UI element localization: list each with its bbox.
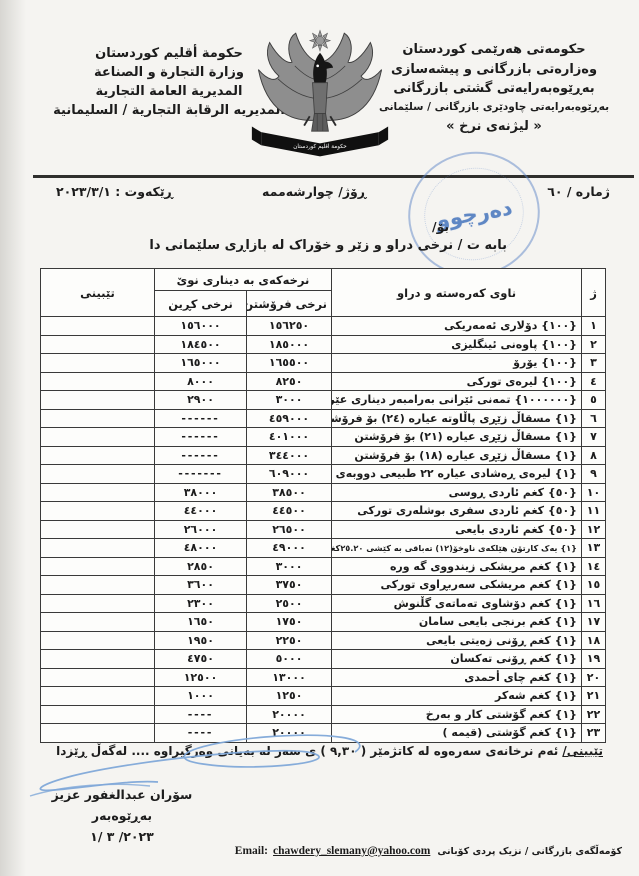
buy-price: ٨٠٠٠ [155,372,247,391]
sell-price: ٣٠٠٠ [247,557,332,576]
to-label: بۆ/ [432,219,449,234]
sell-price: ١٦٥٥٠٠ [247,354,332,373]
item-name: {١٠٠٠٠٠٠} تمه‌نی ئێرانی به‌رامبه‌ر دینار… [332,391,582,410]
sell-price: ٢٢٥٠ [247,631,332,650]
table-row: ٢٢ {١} کغم گۆشتی کار و به‌رخ ٢٠٠٠٠ ---- [41,705,606,724]
scan-edge-shadow [0,0,26,876]
item-name: {١} لیره‌ی ڕه‌شادی عیاره‌ ٢٢ طبیعی دووبه… [332,465,582,484]
row-note [41,391,155,410]
item-name: {١} کغم برنجی بایعی سامان [332,613,582,632]
item-name: {١} مسقاڵ زێڕی عیاره‌ (١٨) بۆ فرۆشتن [332,446,582,465]
row-note [41,465,155,484]
price-table: ژ ناوی که‌ره‌سته‌ و دراو نرخه‌که‌ی به دی… [40,268,606,743]
table-row: ٩ {١} لیره‌ی ڕه‌شادی عیاره‌ ٢٢ طبیعی دوو… [41,465,606,484]
sell-price: ٥٠٠٠ [247,650,332,669]
row-number: ١٠ [582,483,606,502]
item-name: {٥٠} کغم ئاردی سفری بوشله‌ری تورکی [332,502,582,521]
row-note [41,650,155,669]
table-row: ١٩ {١} کغم ڕۆنی ته‌کسان ٥٠٠٠ ٤٧٥٠ [41,650,606,669]
row-number: ٣ [582,354,606,373]
row-number: ٧ [582,428,606,447]
emblem-ribbon-text: حكومة اقليم كوردستان [293,143,347,150]
row-number: ١١ [582,502,606,521]
price-committee-label: « لیژنەی نرخ » [368,117,620,137]
item-name: {١} کغم مریشکی زیندووی گه‌ وره‌ [332,557,582,576]
item-name: {١} کغم شه‌کر [332,687,582,706]
buy-price: ---- [155,724,247,743]
buy-price: ٣٨٠٠٠ [155,483,247,502]
row-note [41,354,155,373]
buy-price: ١٨٤٥٠٠ [155,335,247,354]
sell-price: ٣٧٥٠ [247,576,332,595]
buy-price: ١٩٥٠ [155,631,247,650]
row-number: ٦ [582,409,606,428]
table-row: ٢٣ {١} کغم گۆشتی (قیمه‌ ) ٢٠٠٠٠ ---- [41,724,606,743]
header-kurdish-line: وەزارەتی بازرگانی و پیشەسازی [368,60,620,80]
table-row: ٢١ {١} کغم شه‌کر ١٢٥٠ ١٠٠٠ [41,687,606,706]
price-table-body: ١ {١٠٠} دۆلاری ئه‌مه‌ریکی ١٥٦٢٥٠ ١٥٦٠٠٠ … [41,317,606,743]
buy-price: ٢٨٥٠ [155,557,247,576]
footnote: تێبینی/ ئه‌م نرخانه‌ی سه‌ره‌وه له‌ کاتژم… [56,744,603,758]
sell-price: ١٢٥٠ [247,687,332,706]
row-number: ١٧ [582,613,606,632]
signature-block: سۆران عبدالغفور عزیز به‌ڕێوه‌به‌ر ٢٠٢٣/ … [38,784,206,847]
col-header-notes: تێبینی [41,269,155,317]
row-number: ١٩ [582,650,606,669]
row-note [41,668,155,687]
doc-date-value: ٢٠٢٣/٣/١ [56,184,111,199]
buy-price: ٢٦٠٠٠ [155,520,247,539]
table-row: ١٦ {١} کغم دۆشاوی ته‌ماته‌ی گڵنوش ٢٥٠٠ ٢… [41,594,606,613]
row-note [41,539,155,558]
doc-date: ڕێکەوت : ٢٠٢٣/٣/١ [56,184,173,199]
row-note [41,631,155,650]
sell-price: ١٧٥٠ [247,613,332,632]
doc-date-label: ڕێکەوت : [115,184,173,199]
item-name: {١} کغم ڕۆنی زه‌یتی بایعی [332,631,582,650]
buy-price: ---- [155,705,247,724]
buy-price: ١٥٦٠٠٠ [155,317,247,336]
footnote-label: تێبینی/ [562,744,603,758]
sell-price: ١٣٠٠٠ [247,668,332,687]
doc-number: ژماره / ٦٠ [547,184,610,199]
sell-price: ١٥٦٢٥٠ [247,317,332,336]
header-kurdish-line: بەڕێوەبەرایەتی گشتی بازرگانی [368,79,620,99]
col-header-item: ناوی که‌ره‌سته‌ و دراو [332,269,582,317]
item-name: {١} کغم مریشکی سه‌ربڕاوی تورکی [332,576,582,595]
sell-price: ٢٦٥٠٠ [247,520,332,539]
row-number: ٩ [582,465,606,484]
row-number: ٢ [582,335,606,354]
krg-eagle-emblem-icon: حكومة اقليم كوردستان [250,24,390,174]
table-row: ٤ {١٠٠} لیره‌ی تورکی ٨٢٥٠ ٨٠٠٠ [41,372,606,391]
item-name: {١} کغم دۆشاوی ته‌ماته‌ی گڵنوش [332,594,582,613]
col-header-buy: نرخی کڕین [155,291,247,317]
col-header-number: ژ [582,269,606,317]
header-kurdish-line: حکومەتی هەرێمی کوردستان [368,40,620,60]
table-row: ١٧ {١} کغم برنجی بایعی سامان ١٧٥٠ ١٦٥٠ [41,613,606,632]
signature-date: ٢٠٢٣/ ٣ /١ [38,826,206,847]
row-note [41,705,155,724]
table-row: ٢ {١٠٠} پاوه‌نی ئینگلیزی ١٨٥٠٠٠ ١٨٤٥٠٠ [41,335,606,354]
sell-price: ٨٢٥٠ [247,372,332,391]
table-row: ١٣ {١} یه‌ک کارتۆن هێلکه‌ی ناوخۆ(١٢) ته‌… [41,539,606,558]
buy-price: ------ [155,446,247,465]
sell-price: ٣٤٤٠٠٠ [247,446,332,465]
item-name: {١} کغم چای أحمدی [332,668,582,687]
row-number: ١٢ [582,520,606,539]
table-row: ٥ {١٠٠٠٠٠٠} تمه‌نی ئێرانی به‌رامبه‌ر دین… [41,391,606,410]
table-row: ١٥ {١} کغم مریشکی سه‌ربڕاوی تورکی ٣٧٥٠ ٣… [41,576,606,595]
row-number: ١٨ [582,631,606,650]
buy-price: ٤٨٠٠٠ [155,539,247,558]
row-note [41,557,155,576]
sell-price: ٢٥٠٠ [247,594,332,613]
item-name: {١} مسقاڵ زێڕی پاڵاوته‌ عیاره‌ (٢٤) بۆ ف… [332,409,582,428]
buy-price: ١٦٥٠ [155,613,247,632]
item-name: {١٠٠} لیره‌ی تورکی [332,372,582,391]
sell-price: ٣٠٠٠ [247,391,332,410]
signatory-title: به‌ڕێوه‌به‌ر [38,805,206,826]
item-name: {١} کغم ڕۆنی ته‌کسان [332,650,582,669]
row-note [41,335,155,354]
sell-price: ٤٠١٠٠٠ [247,428,332,447]
sell-price: ٤٤٥٠٠ [247,502,332,521]
row-number: ١ [582,317,606,336]
sell-price: ٣٨٥٠٠ [247,483,332,502]
row-note [41,372,155,391]
footer-contact: کۆمه‌ڵگه‌ی بازرگانی / نزیک پردی کۆبانی E… [262,845,622,857]
buy-price: ٤٤٠٠٠ [155,502,247,521]
row-number: ١٥ [582,576,606,595]
sell-price: ٤٩٠٠٠ [247,539,332,558]
buy-price: ٢٣٠٠ [155,594,247,613]
row-note [41,687,155,706]
row-note [41,428,155,447]
row-number: ٢٣ [582,724,606,743]
col-header-sell: نرخی فرۆشتن [247,291,332,317]
item-name: {١} یه‌ک کارتۆن هێلکه‌ی ناوخۆ(١٢) ته‌باق… [332,539,582,558]
row-number: ٢٠ [582,668,606,687]
table-row: ١٨ {١} کغم ڕۆنی زه‌یتی بایعی ٢٢٥٠ ١٩٥٠ [41,631,606,650]
footer-address: کۆمه‌ڵگه‌ی بازرگانی / نزیک پردی کۆبانی [437,846,622,857]
row-number: ٢٢ [582,705,606,724]
buy-price: ٤٧٥٠ [155,650,247,669]
buy-price: ١٠٠٠ [155,687,247,706]
table-row: ٧ {١} مسقاڵ زێڕی عیاره‌ (٢١) بۆ فرۆشتن ٤… [41,428,606,447]
item-name: {٥٠} کغم ئاردی بایعی [332,520,582,539]
row-note [41,724,155,743]
table-row: ١١ {٥٠} کغم ئاردی سفری بوشله‌ری تورکی ٤٤… [41,502,606,521]
row-number: ٢١ [582,687,606,706]
buy-price: ------ [155,409,247,428]
item-name: {٥٠} کغم ئاردی ڕوسی [332,483,582,502]
table-row: ٣ {١٠٠} یۆرۆ ١٦٥٥٠٠ ١٦٥٠٠٠ [41,354,606,373]
email-link[interactable]: chawdery_slemany@yahoo.com [273,845,430,857]
signatory-name: سۆران عبدالغفور عزیز [38,784,206,805]
buy-price: ١٢٥٠٠ [155,668,247,687]
item-name: {١٠٠} دۆلاری ئه‌مه‌ریکی [332,317,582,336]
table-row: ٦ {١} مسقاڵ زێڕی پاڵاوته‌ عیاره‌ (٢٤) بۆ… [41,409,606,428]
item-name: {١} کغم گۆشتی (قیمه‌ ) [332,724,582,743]
header-kurdish-block: حکومەتی هەرێمی کوردستان وەزارەتی بازرگان… [368,40,620,136]
table-row: ١ {١٠٠} دۆلاری ئه‌مه‌ریکی ١٥٦٢٥٠ ١٥٦٠٠٠ [41,317,606,336]
email-label: Email: [235,845,268,857]
row-note [41,317,155,336]
item-name: {١٠٠} پاوه‌نی ئینگلیزی [332,335,582,354]
table-row: ٢٠ {١} کغم چای أحمدی ١٣٠٠٠ ١٢٥٠٠ [41,668,606,687]
sell-price: ١٨٥٠٠٠ [247,335,332,354]
item-name: {١٠٠} یۆرۆ [332,354,582,373]
sell-price: ٦٠٩٠٠٠ [247,465,332,484]
row-number: ١٣ [582,539,606,558]
footnote-text: ئه‌م نرخانه‌ی سه‌ره‌وه له‌ کاتژمێر ( ٩,٣… [56,744,562,758]
buy-price: ١٦٥٠٠٠ [155,354,247,373]
row-note [41,483,155,502]
row-number: ٨ [582,446,606,465]
row-note [41,613,155,632]
table-row: ١٠ {٥٠} کغم ئاردی ڕوسی ٣٨٥٠٠ ٣٨٠٠٠ [41,483,606,502]
item-name: {١} کغم گۆشتی کار و به‌رخ [332,705,582,724]
header-kurdish-line: بەڕێوەبەرایەتی چاودێری بازرگانی / سلێمان… [368,99,620,116]
buy-price: ------ [155,428,247,447]
item-name: {١} مسقاڵ زێڕی عیاره‌ (٢١) بۆ فرۆشتن [332,428,582,447]
row-note [41,502,155,521]
buy-price: ------- [155,465,247,484]
table-row: ١٤ {١} کغم مریشکی زیندووی گه‌ وره‌ ٣٠٠٠ … [41,557,606,576]
row-note [41,594,155,613]
row-note [41,576,155,595]
sell-price: ٢٠٠٠٠ [247,705,332,724]
buy-price: ٣٦٠٠ [155,576,247,595]
header-divider [33,175,634,178]
row-number: ٤ [582,372,606,391]
table-row: ٨ {١} مسقاڵ زێڕی عیاره‌ (١٨) بۆ فرۆشتن ٣… [41,446,606,465]
sell-price: ٢٠٠٠٠ [247,724,332,743]
row-number: ١٦ [582,594,606,613]
table-row: ١٢ {٥٠} کغم ئاردی بایعی ٢٦٥٠٠ ٢٦٠٠٠ [41,520,606,539]
row-note [41,520,155,539]
row-note [41,446,155,465]
row-number: ٥ [582,391,606,410]
row-note [41,409,155,428]
row-number: ١٤ [582,557,606,576]
col-header-price-group: نرخه‌که‌ی به دیناری نوێ [155,269,332,291]
sell-price: ٤٥٩٠٠٠ [247,409,332,428]
subject-line: بابه ت / نرخی دراو و زێر و خۆراک له بازا… [149,238,507,253]
buy-price: ٢٩٠٠ [155,391,247,410]
doc-day: ڕۆژ/ چوارشەممە [262,184,366,199]
footer-email: Email:chawdery_slemany@yahoo.com [235,845,431,857]
